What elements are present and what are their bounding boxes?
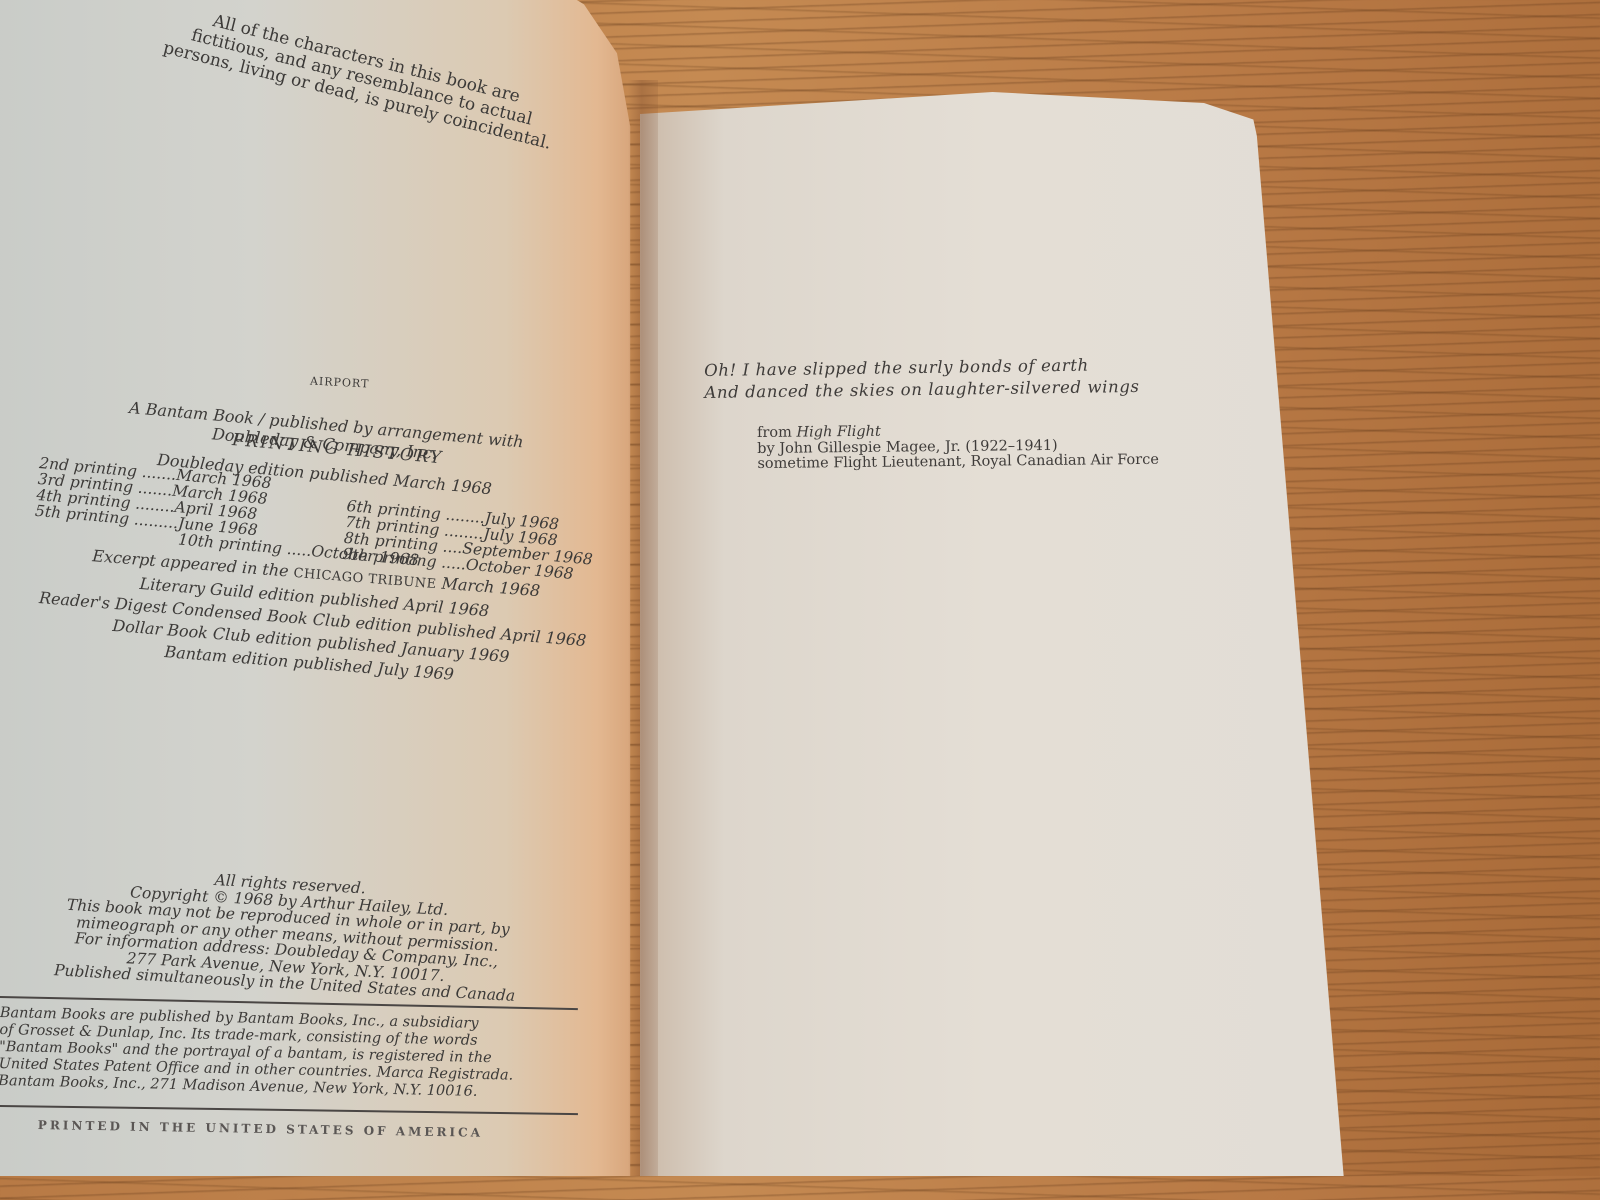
bantam-trademark-notice: Bantam Books are published by Bantam Boo… [0, 1005, 580, 1103]
right-page-epigraph [640, 92, 1345, 1176]
epigraph-poem: Oh! I have slipped the surly bonds of ea… [704, 354, 1140, 404]
work-title: High Flight [796, 424, 880, 441]
epigraph-attribution: from High Flight by John Gillespie Magee… [757, 422, 1159, 473]
from-prefix: from [757, 425, 797, 441]
book-gutter [628, 80, 658, 1176]
